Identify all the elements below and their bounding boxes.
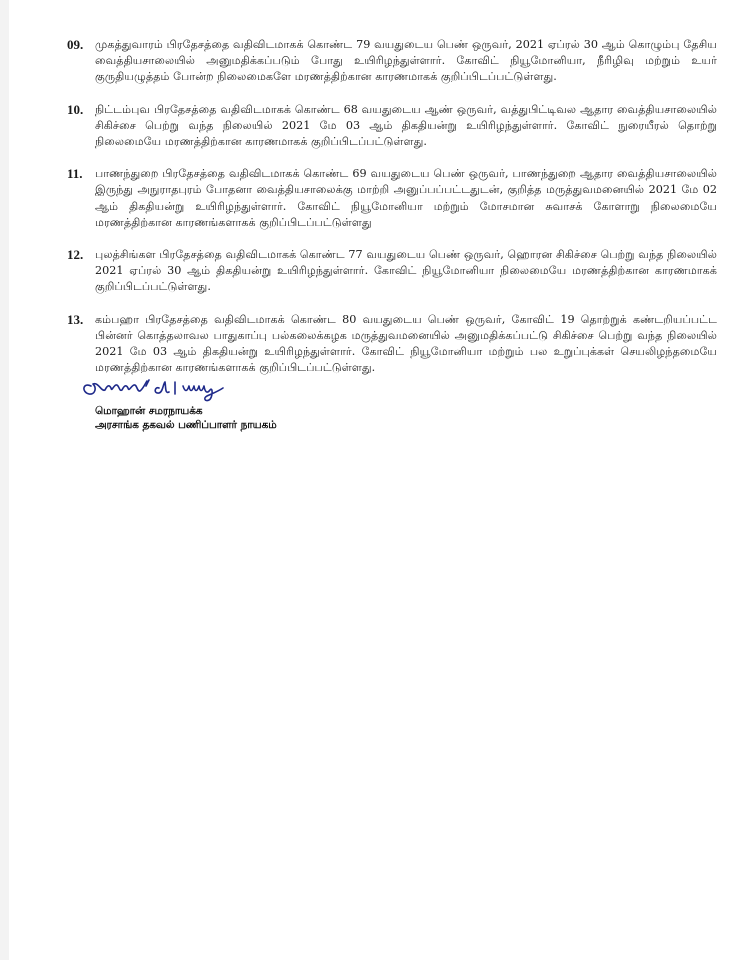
- item-number: 13.: [67, 312, 83, 328]
- item-number: 11.: [67, 166, 83, 182]
- signatory-name: மொஹான் சமரநாயக்க: [95, 404, 277, 418]
- item-text: பாணந்துறை பிரதேசத்தை வதிவிடமாகக் கொண்ட 6…: [95, 166, 717, 231]
- handwritten-signature-icon: [79, 372, 259, 404]
- list-item: 11. பாணந்துறை பிரதேசத்தை வதிவிடமாகக் கொண…: [67, 166, 717, 231]
- list-item: 12. புலத்சிங்கள பிரதேசத்தை வதிவிடமாகக் க…: [67, 247, 717, 296]
- item-text: கம்பஹா பிரதேசத்தை வதிவிடமாகக் கொண்ட 80 வ…: [95, 312, 717, 377]
- signature-block: மொஹான் சமரநாயக்க அரசாங்க தகவல் பணிப்பாளர…: [79, 372, 277, 432]
- item-text: புலத்சிங்கள பிரதேசத்தை வதிவிடமாகக் கொண்ட…: [95, 247, 717, 296]
- document-page: 09. முகத்துவாரம் பிரதேசத்தை வதிவிடமாகக் …: [9, 0, 752, 960]
- list-item: 09. முகத்துவாரம் பிரதேசத்தை வதிவிடமாகக் …: [67, 37, 717, 86]
- item-text: நிட்டம்புவ பிரதேசத்தை வதிவிடமாகக் கொண்ட …: [95, 102, 717, 151]
- document-body: 09. முகத்துவாரம் பிரதேசத்தை வதிவிடமாகக் …: [67, 37, 717, 392]
- item-number: 10.: [67, 102, 83, 118]
- item-number: 09.: [67, 37, 83, 53]
- list-item: 10. நிட்டம்புவ பிரதேசத்தை வதிவிடமாகக் கொ…: [67, 102, 717, 151]
- list-item: 13. கம்பஹா பிரதேசத்தை வதிவிடமாகக் கொண்ட …: [67, 312, 717, 377]
- item-number: 12.: [67, 247, 83, 263]
- signatory-title: அரசாங்க தகவல் பணிப்பாளர் நாயகம்: [95, 418, 277, 432]
- item-text: முகத்துவாரம் பிரதேசத்தை வதிவிடமாகக் கொண்…: [95, 37, 717, 86]
